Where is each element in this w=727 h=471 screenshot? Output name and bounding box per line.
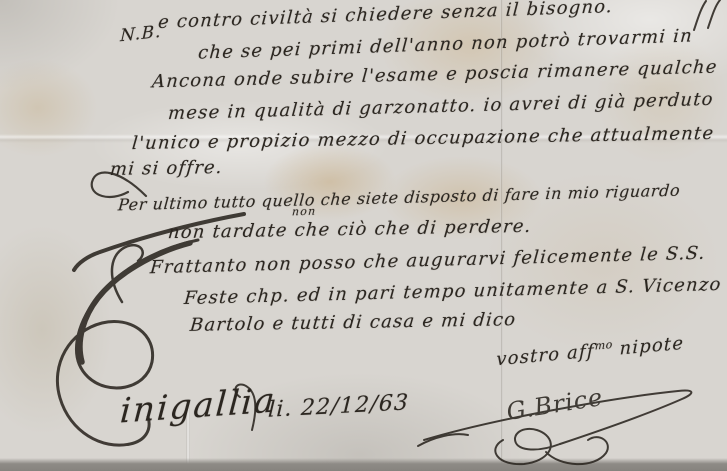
handwritten-line: che se pei primi dell'anno non potrò tro… [197, 25, 693, 63]
handwritten-line: Bartolo e tutti di casa e mi dico [189, 309, 517, 336]
handwritten-line: Feste chp. ed in pari tempo unitamente a… [183, 274, 722, 309]
closing-valediction: vostro affmo nipote [496, 332, 684, 371]
interlinear-insertion: non [292, 205, 317, 219]
paper-bottom-edge [0, 458, 727, 471]
letter-photograph: e contro civiltà si chiedere senza il bi… [0, 0, 727, 471]
signature-name: G.Brice [505, 383, 606, 426]
closing-text-post: nipote [612, 333, 684, 360]
signature-flourish [418, 390, 691, 464]
handwritten-line: mese in qualità di garzonatto. io avrei … [167, 89, 714, 124]
closing-superscript: mo [595, 338, 613, 353]
handwritten-line: e contro civiltà si chiedere senza il bi… [157, 0, 613, 33]
dateline-date: li. 22/12/63 [267, 390, 409, 422]
handwritten-line: l'unico e propizio mezzo di occupazione … [131, 123, 715, 154]
closing-text-pre: vostro aff [496, 341, 595, 371]
margin-note-nb: N.B. [120, 22, 162, 47]
handwritten-line: non tardate che ciò che di perdere. [167, 216, 532, 243]
handwritten-line: mi si offre. [109, 157, 224, 180]
dateline-place: inigallia [119, 380, 278, 431]
stray-ink-marks [694, 0, 720, 30]
handwritten-line: Frattanto non posso che augurarvi felice… [149, 243, 706, 279]
handwritten-line: Per ultimo tutto quello che siete dispos… [117, 181, 681, 215]
